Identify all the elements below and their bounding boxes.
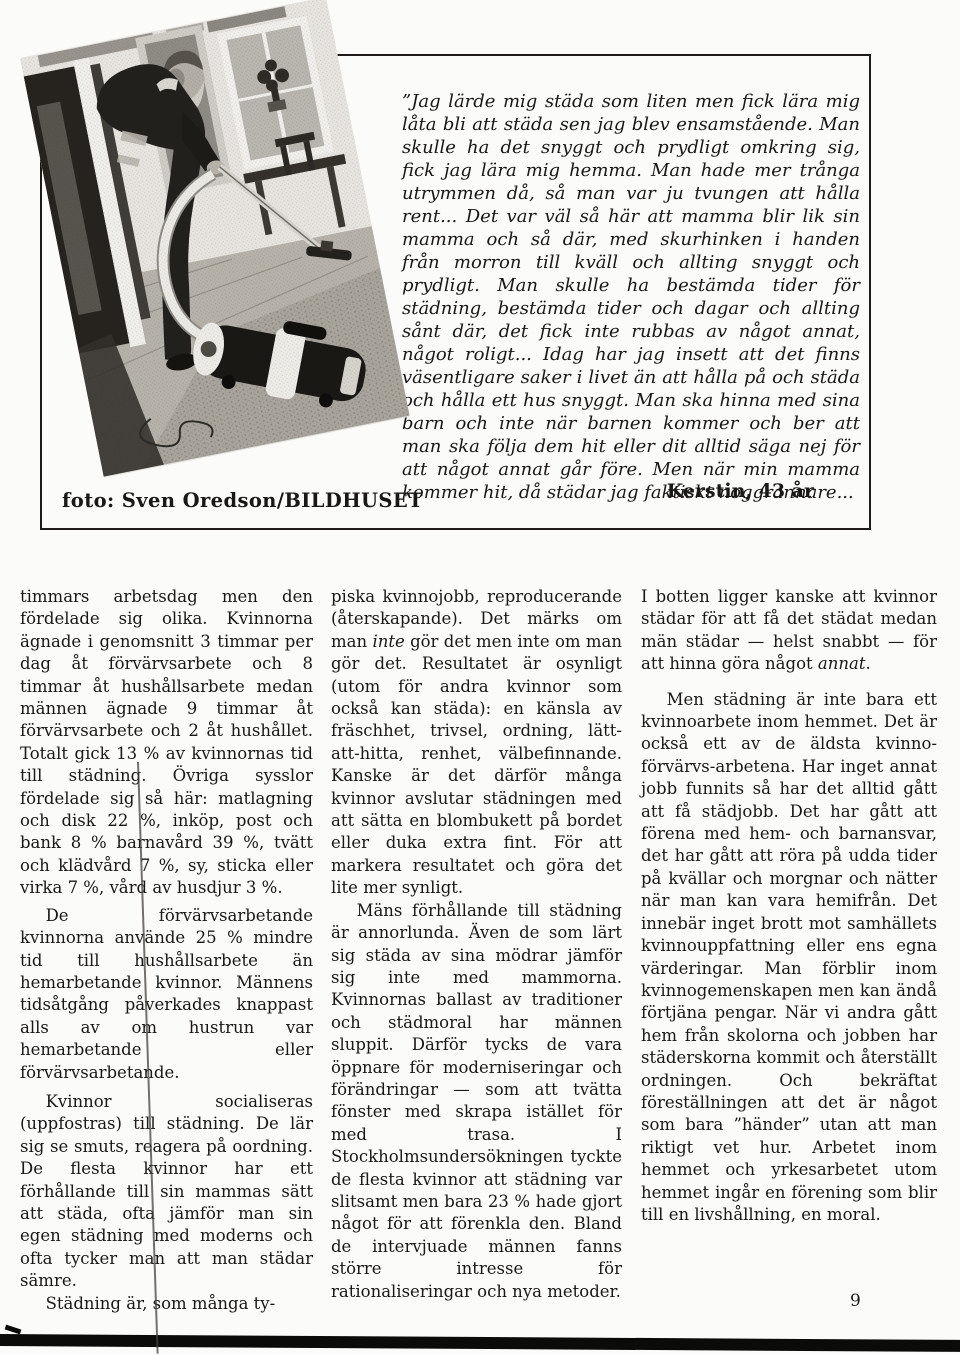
article-paragraph: Städning är, som många ty-	[20, 1293, 313, 1315]
article-paragraph: De förvärvsarbetande kvinnorna använde 2…	[20, 905, 313, 1084]
scan-artifact-tick	[5, 1325, 22, 1335]
scan-artifact-bottom-band	[0, 1334, 960, 1352]
pull-quote: ”Jag lärde mig städa som liten men fick …	[402, 90, 860, 504]
article-paragraph: piska kvinnojobb, reproducerande (återsk…	[331, 586, 622, 900]
article-paragraph: I botten ligger kanske att kvinnor städa…	[641, 586, 937, 676]
article-paragraph: Mäns förhållande till städning är annorl…	[331, 900, 622, 1303]
quote-attribution: Kerstin, 43 år	[402, 480, 860, 502]
article-column-1: timmars arbetsdag men den fördelade sig …	[20, 586, 313, 1315]
article-paragraph: timmars arbetsdag men den fördelade sig …	[20, 586, 313, 900]
article-paragraph: Men städning är inte bara ett kvinnoarbe…	[641, 689, 937, 1227]
page-number: 9	[850, 1291, 861, 1311]
article-paragraph: Kvinnor socialiseras (uppfostras) till s…	[20, 1091, 313, 1293]
article-column-3: I botten ligger kanske att kvinnor städa…	[641, 586, 937, 1226]
magazine-page: ”Jag lärde mig städa som liten men fick …	[0, 0, 960, 1355]
article-column-2: piska kvinnojobb, reproducerande (återsk…	[331, 586, 622, 1303]
photo-credit: foto: Sven Oredson/BILDHUSET	[62, 489, 423, 512]
